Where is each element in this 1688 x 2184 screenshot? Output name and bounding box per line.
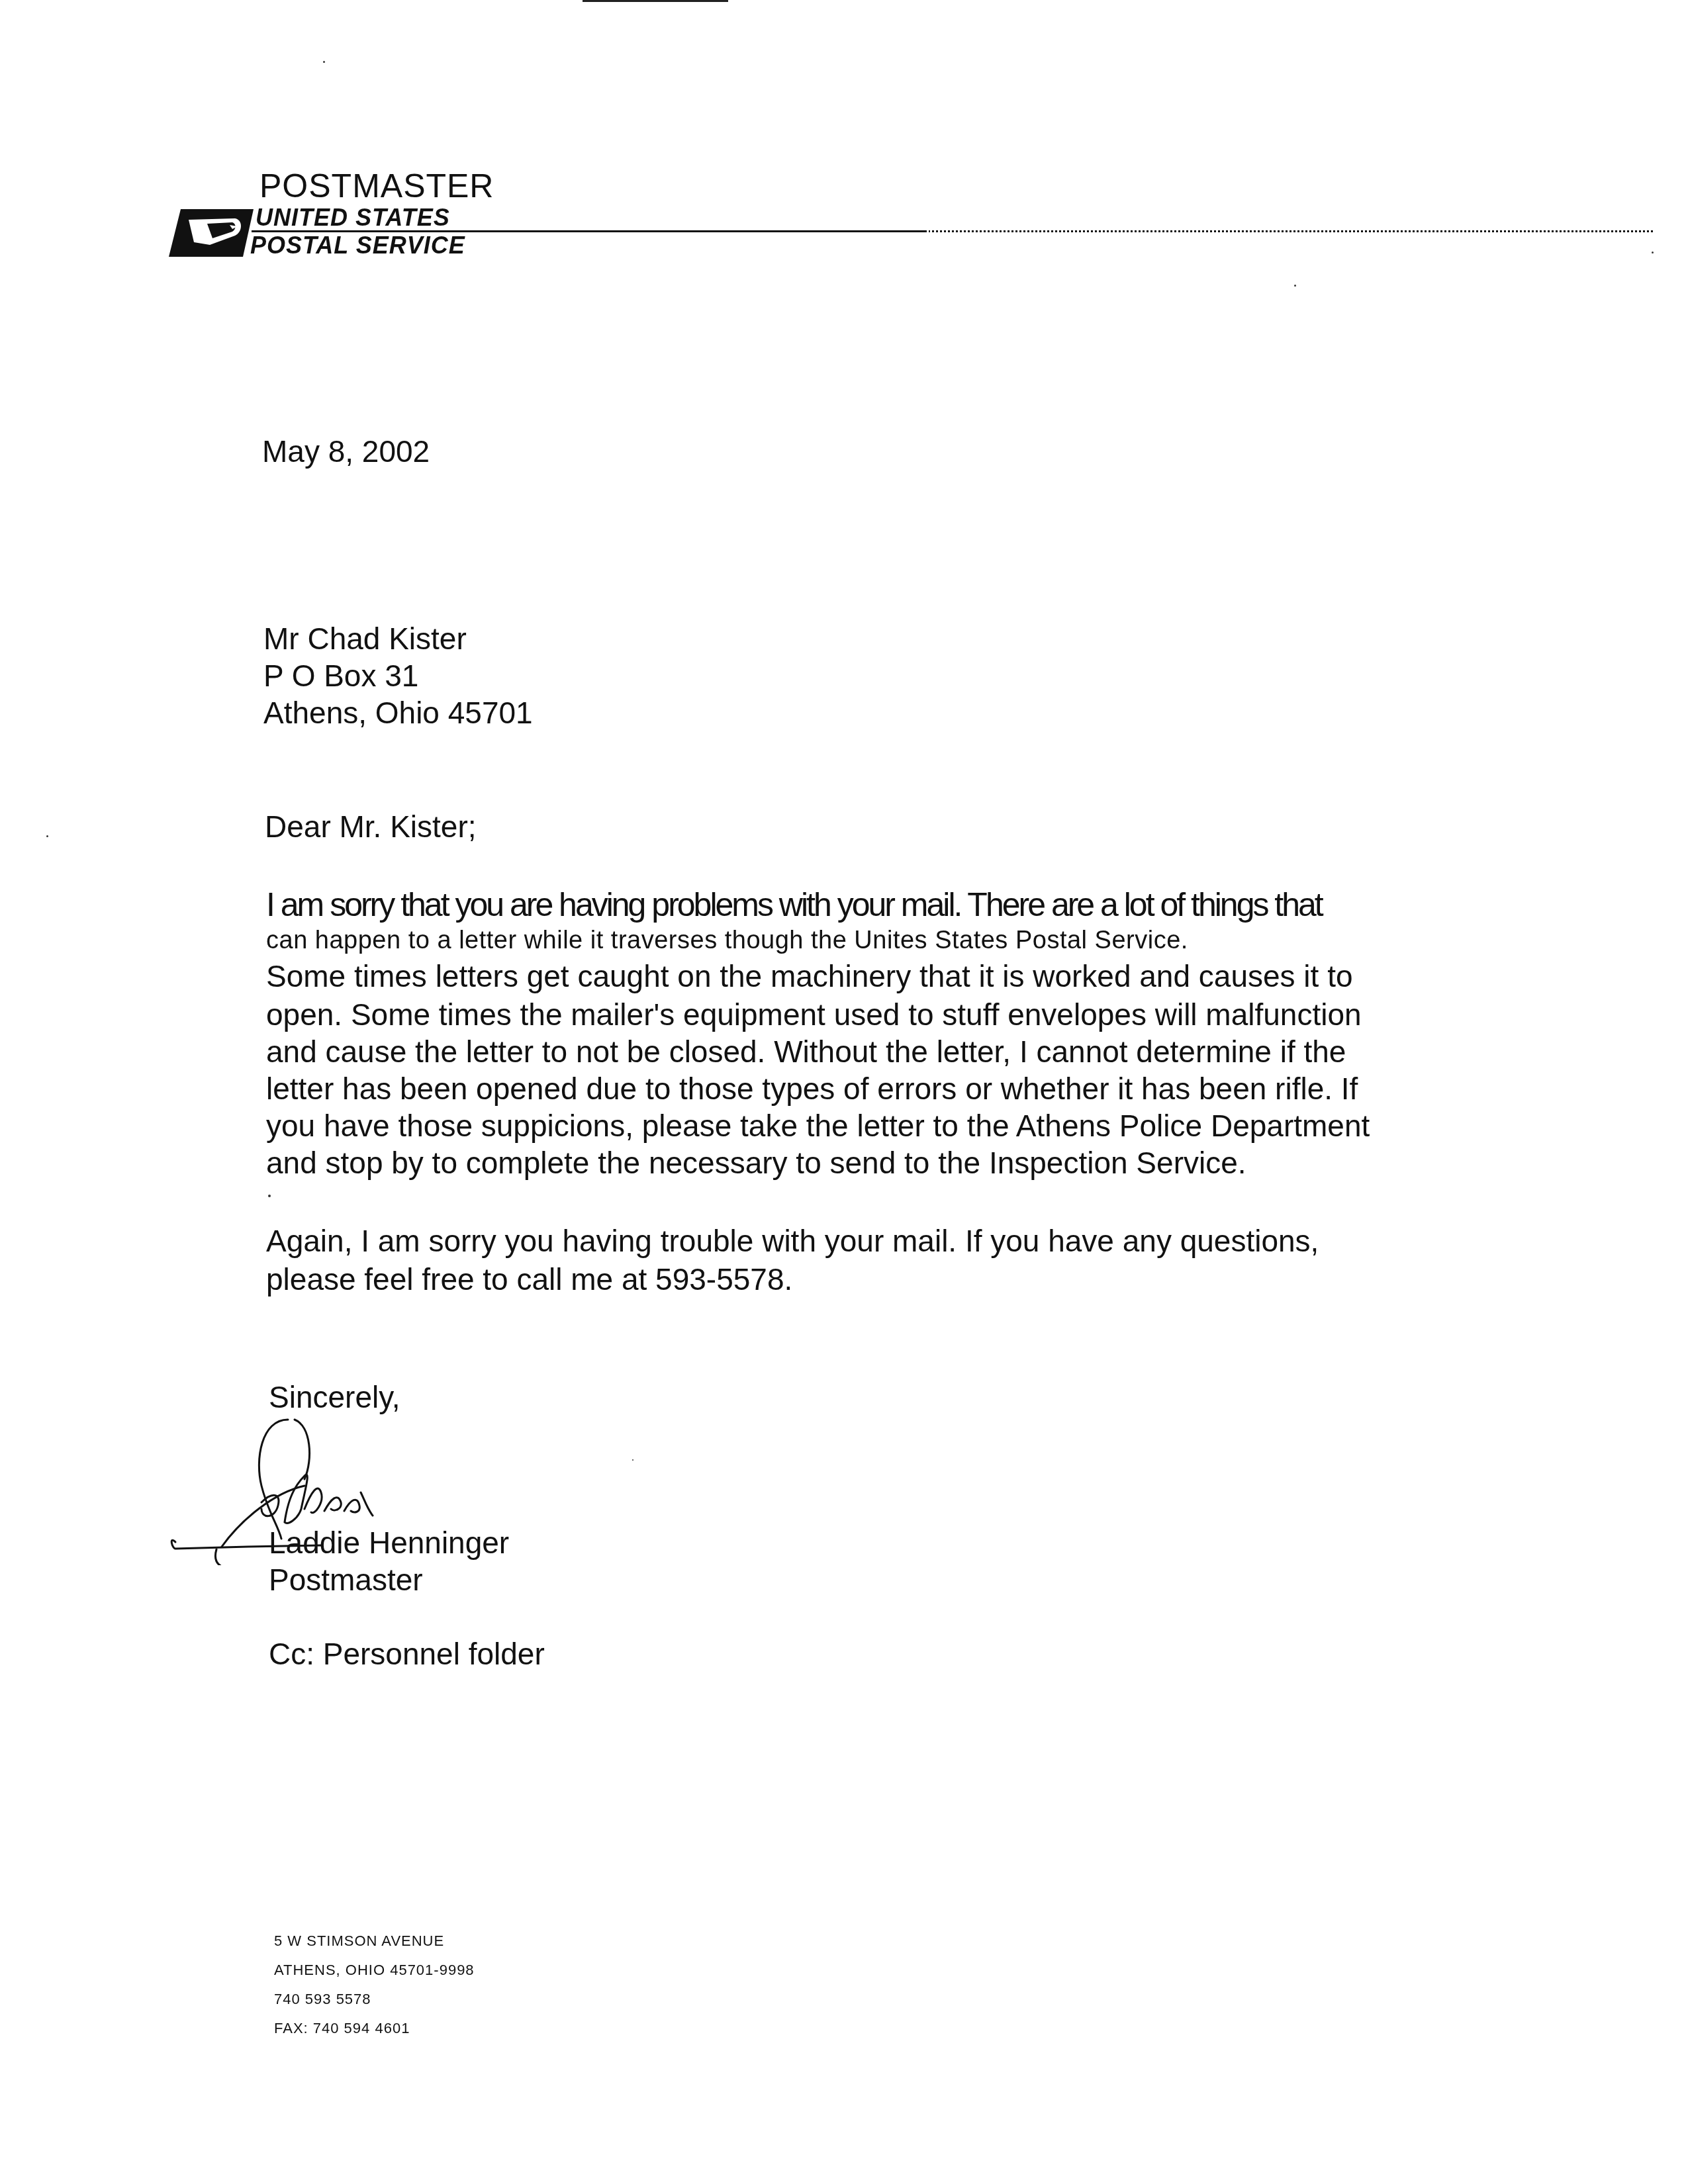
body-line: please feel free to call me at 593-5578. bbox=[266, 1261, 792, 1297]
letterhead-org-line2: POSTAL SERVICE bbox=[250, 232, 465, 259]
body-line: I am sorry that you are having problems … bbox=[266, 886, 1322, 924]
recipient-name: Mr Chad Kister bbox=[263, 621, 467, 657]
scan-speck bbox=[632, 1459, 633, 1461]
footer-city: ATHENS, OHIO 45701-9998 bbox=[274, 1962, 475, 1979]
recipient-street: P O Box 31 bbox=[263, 658, 418, 694]
scan-speck bbox=[268, 1195, 271, 1197]
footer-fax: FAX: 740 594 4601 bbox=[274, 2020, 410, 2037]
signer-name: Laddie Henninger bbox=[269, 1525, 509, 1561]
scan-edge-mark bbox=[583, 0, 728, 2]
footer-street: 5 W STIMSON AVENUE bbox=[274, 1933, 444, 1950]
scan-speck bbox=[46, 835, 48, 837]
body-line: and stop by to complete the necessary to… bbox=[266, 1145, 1246, 1181]
body-line: open. Some times the mailer's equipment … bbox=[266, 997, 1362, 1032]
usps-eagle-icon bbox=[169, 205, 255, 258]
cc-line: Cc: Personnel folder bbox=[269, 1636, 545, 1672]
body-line: Again, I am sorry you having trouble wit… bbox=[266, 1223, 1319, 1259]
scan-speck bbox=[1652, 251, 1654, 253]
body-line: can happen to a letter while it traverse… bbox=[266, 927, 1188, 955]
scan-speck bbox=[323, 61, 325, 63]
body-line: letter has been opened due to those type… bbox=[266, 1071, 1358, 1107]
letterhead-title: POSTMASTER bbox=[259, 167, 494, 205]
body-line: Some times letters get caught on the mac… bbox=[266, 958, 1353, 994]
body-line: you have those suppicions, please take t… bbox=[266, 1108, 1370, 1144]
body-line: and cause the letter to not be closed. W… bbox=[266, 1034, 1346, 1069]
letterhead-org-line1: UNITED STATES bbox=[256, 204, 450, 232]
signer-title: Postmaster bbox=[269, 1562, 423, 1598]
letterhead-rule-fade bbox=[927, 230, 1655, 232]
recipient-city: Athens, Ohio 45701 bbox=[263, 695, 533, 731]
letter-date: May 8, 2002 bbox=[262, 433, 430, 469]
salutation: Dear Mr. Kister; bbox=[265, 809, 477, 844]
footer-phone: 740 593 5578 bbox=[274, 1991, 371, 2008]
scan-speck bbox=[1294, 285, 1296, 287]
